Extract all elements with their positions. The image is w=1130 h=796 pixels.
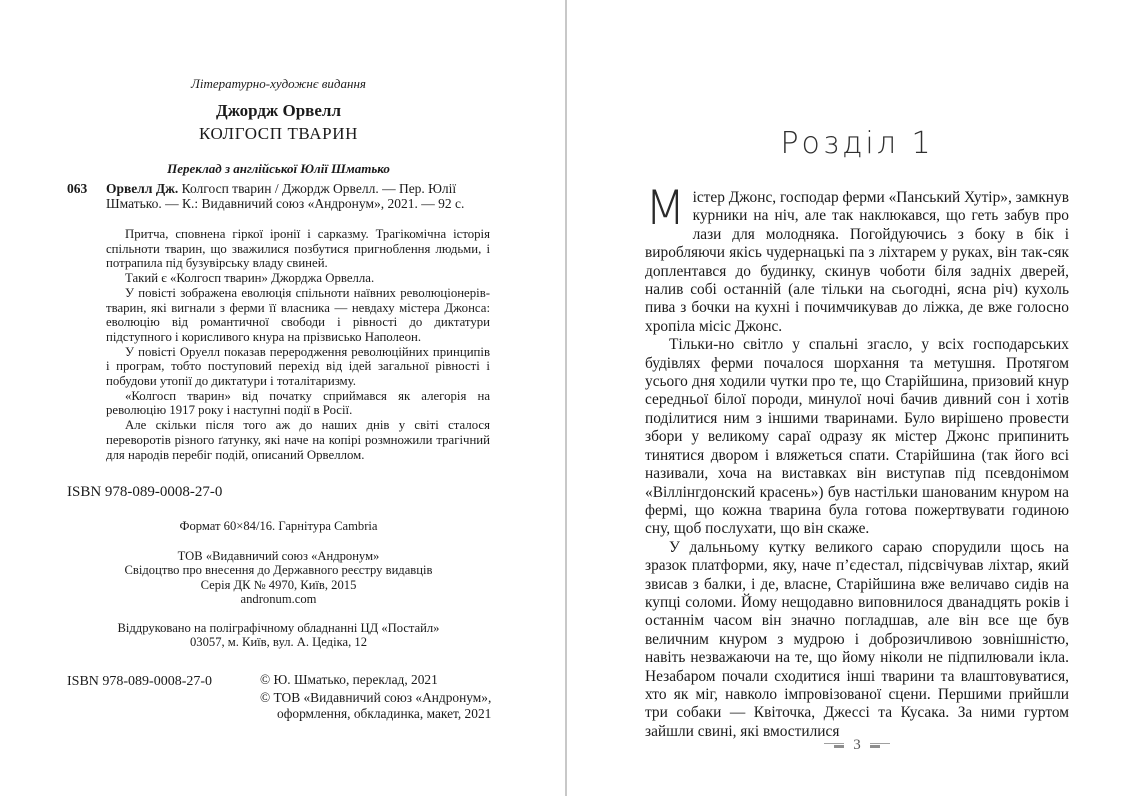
printing-line: 03057, м. Київ, вул. А. Цедіка, 12 xyxy=(67,635,490,649)
udc-code: 063 xyxy=(67,181,106,211)
annotation-paragraph: У повісті зображена еволюція спільноти н… xyxy=(106,286,490,345)
publisher-line: Свідоцтво про внесення до Державного реє… xyxy=(67,563,490,577)
left-page: Літературно-художнє видання Джордж Орвел… xyxy=(0,0,567,796)
right-page: Розділ 1 Містер Джонс, господар ферми «П… xyxy=(567,0,1128,796)
paragraph-text: істер Джонс, господар ферми «Панський Ху… xyxy=(645,189,1069,335)
book-title: КОЛГОСП ТВАРИН xyxy=(67,124,490,144)
isbn-line: ISBN 978-089-0008-27-0 xyxy=(67,484,490,501)
bibliographic-entry: 063 Орвелл Дж. Колгосп тварин / Джордж О… xyxy=(67,181,490,211)
annotation-paragraph: У повісті Оруелл показав переродження ре… xyxy=(106,345,490,389)
copyright-footer: ISBN 978-089-0008-27-0 © Ю. Шматько, пер… xyxy=(67,672,490,732)
publisher-website: andronum.com xyxy=(67,592,490,606)
page-number-footer: 3 xyxy=(645,737,1069,754)
chapter-body: Містер Джонс, господар ферми «Панський Х… xyxy=(645,189,1069,741)
biblio-author-lead: Орвелл Дж. xyxy=(106,181,178,196)
annotation-paragraph: Притча, сповнена гіркої іронії і сарказм… xyxy=(106,227,490,271)
chapter-title: Розділ 1 xyxy=(645,126,1069,161)
isbn-footer: ISBN 978-089-0008-27-0 xyxy=(67,674,212,690)
edition-note: Літературно-художнє видання xyxy=(67,76,490,92)
copyright-block: © Ю. Шматько, переклад, 2021 © ТОВ «Вида… xyxy=(260,672,506,724)
publisher-line: ТОВ «Видавничий союз «Андронум» xyxy=(67,549,490,563)
format-line: Формат 60×84/16. Гарнітура Cambria xyxy=(67,519,490,533)
publisher-line: Серія ДК № 4970, Київ, 2015 xyxy=(67,578,490,592)
printing-block: Віддруковано на поліграфічному обладнанн… xyxy=(67,621,490,650)
body-paragraph: Тільки-но світло у спальні згасло, у всі… xyxy=(645,336,1069,538)
annotation-block: Притча, сповнена гіркої іронії і сарказм… xyxy=(106,227,490,462)
biblio-text: Орвелл Дж. Колгосп тварин / Джордж Орвел… xyxy=(106,181,490,211)
page-number: 3 xyxy=(853,737,861,754)
body-paragraph: Містер Джонс, господар ферми «Панський Х… xyxy=(645,189,1069,336)
annotation-paragraph: Такий є «Колгосп тварин» Джорджа Орвелла… xyxy=(106,271,490,286)
printing-line: Віддруковано на поліграфічному обладнанн… xyxy=(67,621,490,635)
annotation-paragraph: «Колгосп тварин» від початку сприймався … xyxy=(106,389,490,418)
title-header: Літературно-художнє видання Джордж Орвел… xyxy=(67,76,490,177)
publisher-block: ТОВ «Видавничий союз «Андронум» Свідоцтв… xyxy=(67,549,490,607)
page-ornament-right-icon xyxy=(870,741,890,749)
copyright-line: © ТОВ «Видавничий союз «Андронум», оформ… xyxy=(260,690,506,723)
book-spread: Літературно-художнє видання Джордж Орвел… xyxy=(0,0,1130,796)
copyright-line: © Ю. Шматько, переклад, 2021 xyxy=(260,672,506,689)
page-ornament-left-icon xyxy=(824,741,844,749)
body-paragraph: У дальньому кутку великого сараю споруди… xyxy=(645,539,1069,741)
annotation-paragraph: Але скільки після того аж до наших днів … xyxy=(106,418,490,462)
dropcap-letter: М xyxy=(645,189,693,226)
author-name: Джордж Орвелл xyxy=(67,101,490,121)
translation-note: Переклад з англійської Юлії Шматько xyxy=(67,161,490,177)
